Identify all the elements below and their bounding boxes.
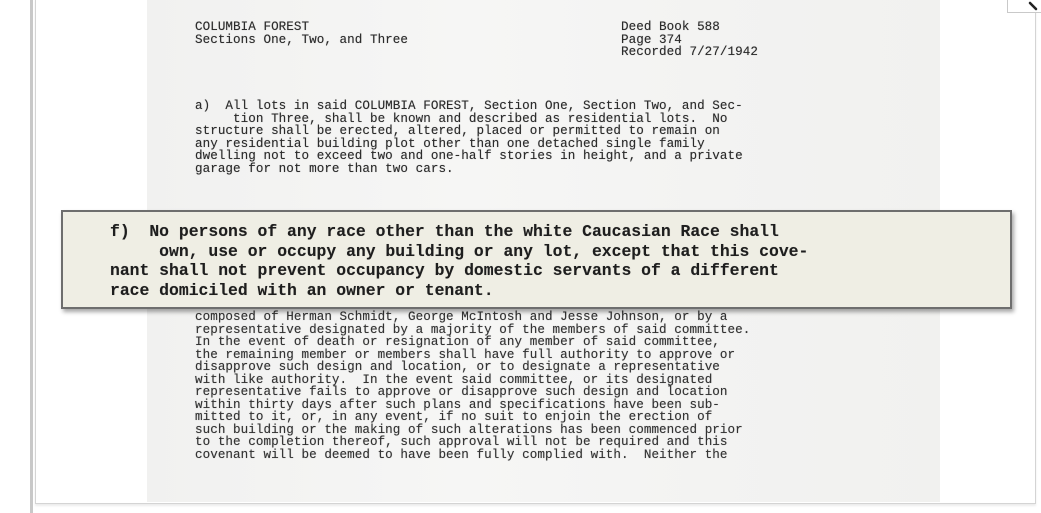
covenant-f-text: f) No persons of any race other than the… bbox=[110, 222, 808, 300]
text-line: nant shall not prevent occupancy by dome… bbox=[110, 261, 808, 281]
subdivision-header: COLUMBIA FORESTSections One, Two, and Th… bbox=[195, 21, 408, 46]
text-line: race domiciled with an owner or tenant. bbox=[110, 281, 808, 301]
enlarge-image-button[interactable] bbox=[1007, 0, 1041, 13]
sections-line: Sections One, Two, and Three bbox=[195, 34, 408, 47]
frame-left-rule bbox=[30, 0, 33, 513]
text-line: representative fails to approve or disap… bbox=[195, 386, 750, 399]
recording-info: Deed Book 588Page 374Recorded 7/27/1942 bbox=[621, 21, 758, 59]
text-line: f) No persons of any race other than the… bbox=[110, 222, 808, 242]
deed-book: Deed Book 588 bbox=[621, 21, 758, 34]
subdivision-name: COLUMBIA FOREST bbox=[195, 21, 408, 34]
text-line: structure shall be erected, altered, pla… bbox=[195, 125, 743, 138]
text-line: covenant will be deemed to have been ful… bbox=[195, 449, 750, 462]
text-line: a) All lots in said COLUMBIA FOREST, Sec… bbox=[195, 100, 743, 113]
text-line: dwelling not to exceed two and one-half … bbox=[195, 150, 743, 163]
text-line: In the event of death or resignation of … bbox=[195, 336, 750, 349]
paragraph-continued: composed of Herman Schmidt, George McInt… bbox=[195, 311, 750, 461]
magnifier-icon bbox=[1027, 1, 1039, 11]
text-line: composed of Herman Schmidt, George McInt… bbox=[195, 311, 750, 324]
text-line: garage for not more than two cars. bbox=[195, 163, 743, 176]
highlighted-covenant-callout: f) No persons of any race other than the… bbox=[61, 210, 1012, 309]
text-line: to the completion thereof, such approval… bbox=[195, 436, 750, 449]
recorded-date: Recorded 7/27/1942 bbox=[621, 46, 758, 59]
paragraph-a: a) All lots in said COLUMBIA FOREST, Sec… bbox=[195, 100, 743, 175]
text-line: own, use or occupy any building or any l… bbox=[110, 242, 808, 262]
text-line: mitted to it, or, in any event, if no su… bbox=[195, 411, 750, 424]
text-line: disapprove such design and location, or … bbox=[195, 361, 750, 374]
